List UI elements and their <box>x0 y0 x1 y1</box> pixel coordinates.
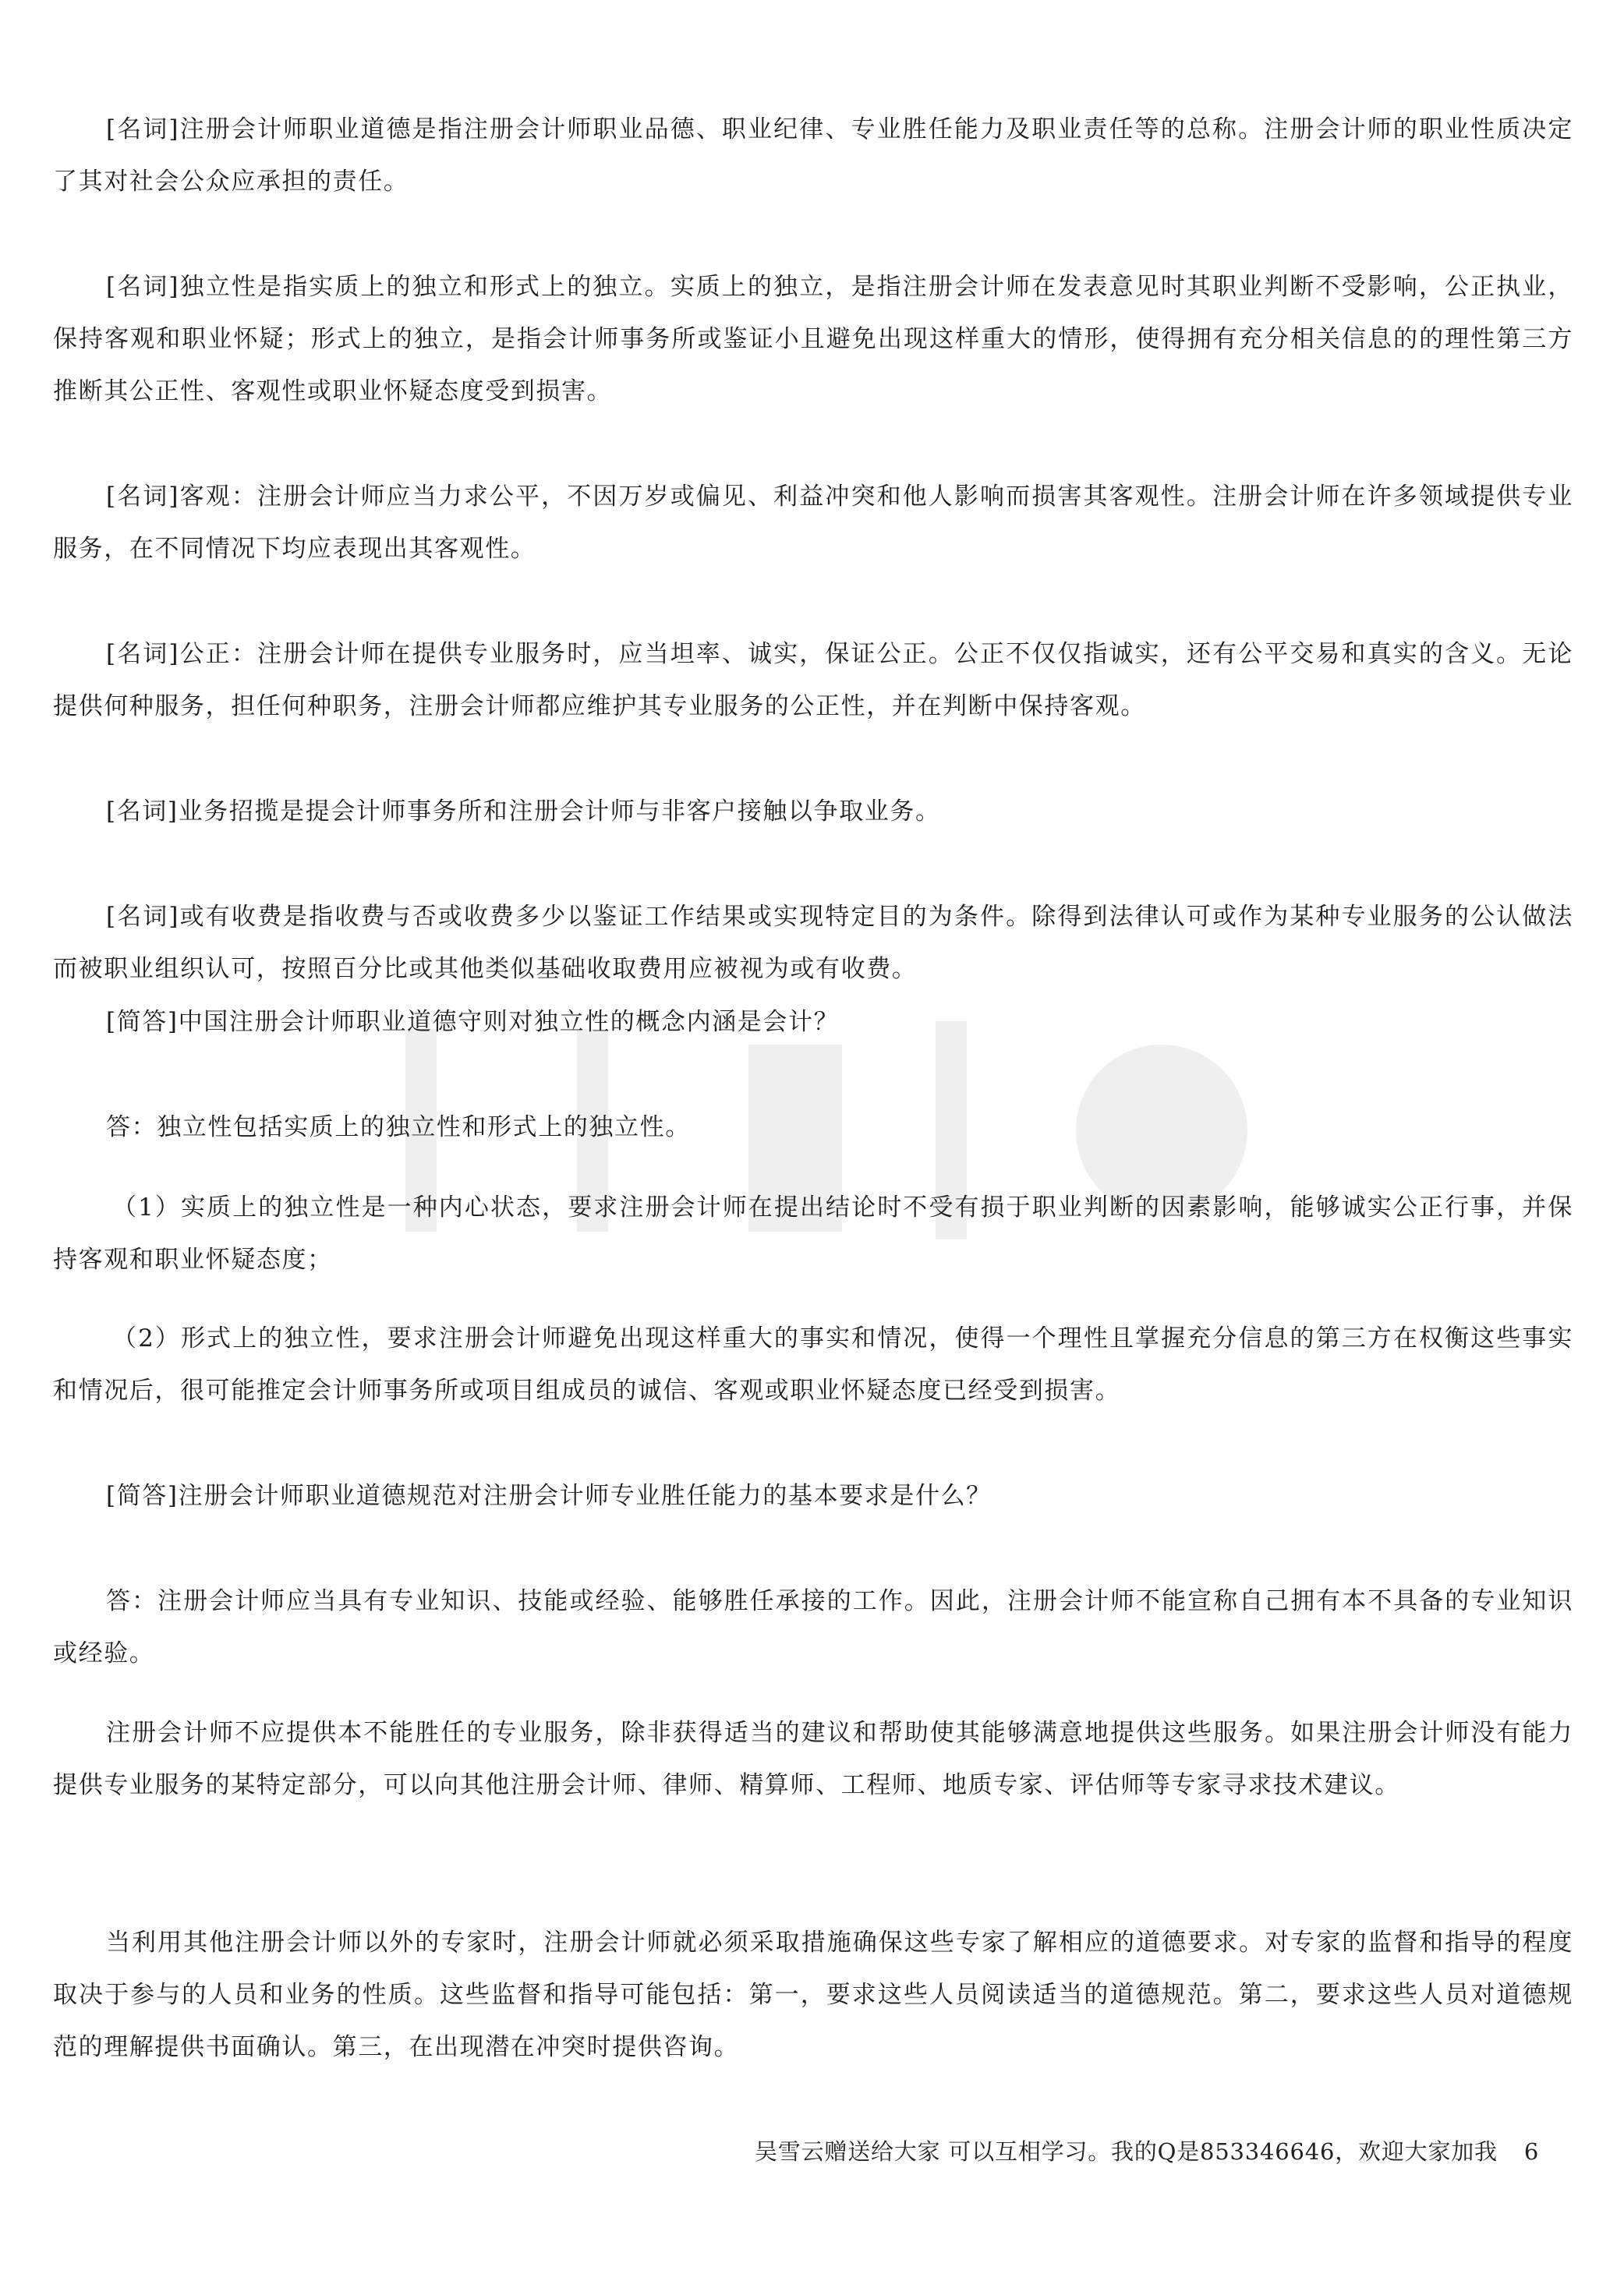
paragraph-term-professional-ethics: [名词]注册会计师职业道德是指注册会计师职业品德、职业纪律、专业胜任能力及职业责… <box>53 104 1573 208</box>
paragraph-term-independence: [名词]独立性是指实质上的独立和形式上的独立。实质上的独立，是指注册会计师在发表… <box>53 261 1573 418</box>
answer-independence-intro: 答：独立性包括实质上的独立性和形式上的独立性。 <box>53 1102 1573 1154</box>
paragraph-using-experts: 当利用其他注册会计师以外的专家时，注册会计师就必须采取措施确保这些专家了解相应的… <box>53 1917 1573 2074</box>
question-independence-concept: [简答]中国注册会计师职业道德守则对独立性的概念内涵是会计？ <box>53 996 1573 1048</box>
question-professional-competence: [简答]注册会计师职业道德规范对注册会计师专业胜任能力的基本要求是什么？ <box>53 1470 1573 1522</box>
document-page: [名词]注册会计师职业道德是指注册会计师职业品德、职业纪律、专业胜任能力及职业责… <box>0 0 1624 2295</box>
answer-independence-in-appearance: （2）形式上的独立性，要求注册会计师避免出现这样重大的事实和情况，使得一个理性且… <box>53 1313 1573 1417</box>
page-footer: 吴雪云赠送给大家 可以互相学习。我的Q是853346646，欢迎大家加我6 <box>755 2134 1539 2166</box>
answer-independence-in-fact: （1）实质上的独立性是一种内心状态，要求注册会计师在提出结论时不受有损于职业判断… <box>53 1182 1573 1286</box>
paragraph-term-integrity: [名词]公正：注册会计师在提供专业服务时，应当坦率、诚实，保证公正。公正不仅仅指… <box>53 628 1573 733</box>
footer-text: 吴雪云赠送给大家 可以互相学习。我的Q是853346646，欢迎大家加我 <box>755 2138 1498 2165</box>
page-number: 6 <box>1524 2138 1539 2165</box>
paragraph-term-contingent-fee: [名词]或有收费是指收费与否或收费多少以鉴证工作结果或实现特定目的为条件。除得到… <box>53 891 1573 995</box>
paragraph-competent-services: 注册会计师不应提供本不能胜任的专业服务，除非获得适当的建议和帮助使其能够满意地提… <box>53 1707 1573 1812</box>
paragraph-term-solicitation: [名词]业务招揽是提会计师事务所和注册会计师与非客户接触以争取业务。 <box>53 786 1573 838</box>
answer-professional-competence: 答：注册会计师应当具有专业知识、技能或经验、能够胜任承接的工作。因此，注册会计师… <box>53 1575 1573 1680</box>
paragraph-term-objectivity: [名词]客观：注册会计师应当力求公平，不因万岁或偏见、利益冲突和他人影响而损害其… <box>53 471 1573 575</box>
